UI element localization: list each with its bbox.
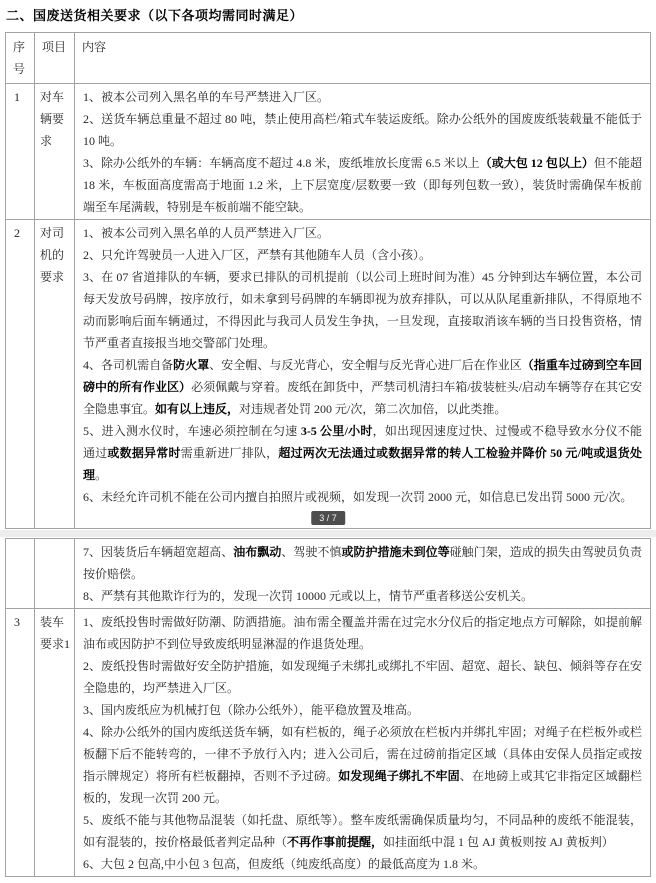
table-body-page-2: 7、因装货后车辆超宽超高、油布飘动、驾驶不慎或防护措施未到位等碰触门架，造成的损… bbox=[6, 539, 651, 877]
table-row: 2对司机的要求1、被本公司列入黑名单的人员严禁进入厂区。2、只允许驾驶员一人进入… bbox=[6, 220, 651, 529]
document-page: 二、国废送货相关要求（以下各项均需同时满足） 序号 项目 内容 1对车辆要求1、… bbox=[0, 0, 656, 883]
table-body-page-1: 1对车辆要求1、被本公司列入黑名单的车号严禁进入厂区。2、送货车辆总重量不超过 … bbox=[6, 84, 651, 529]
text-run: 2、送货车辆总重量不超过 80 吨，禁止使用高栏/箱式车装运废纸。除办公纸外的国… bbox=[83, 112, 642, 148]
cell-item: 对车辆要求 bbox=[35, 84, 75, 220]
requirement-item: 3、在 07 省道排队的车辆，要求已排队的司机提前（以公司上班时间为准）45 分… bbox=[83, 266, 642, 354]
text-run: 7、因装货后车辆超宽超高、 bbox=[83, 545, 233, 559]
text-run: 6、未经允许司机不能在公司内擅自拍照片或视频，如发现一次罚 2000 元，如信息… bbox=[83, 490, 632, 504]
cell-content: 1、废纸投售时需做好防潮、防洒措施。油布需全覆盖并需在过完水分仪后的指定地点方可… bbox=[75, 609, 651, 877]
table-row: 7、因装货后车辆超宽超高、油布飘动、驾驶不慎或防护措施未到位等碰触门架，造成的损… bbox=[6, 539, 651, 609]
requirement-item: 5、进入测水仪时，车速必须控制在匀速 3-5 公里/小时，如出现因速度过快、过慢… bbox=[83, 420, 642, 486]
cell-num bbox=[6, 539, 35, 609]
text-run: 如挂面纸中混 1 包 AJ 黄板则按 AJ 黄板判） bbox=[383, 835, 614, 849]
requirement-item: 1、被本公司列入黑名单的人员严禁进入厂区。 bbox=[83, 222, 642, 244]
text-run: 油布飘动 bbox=[233, 545, 281, 559]
text-run: 3、除办公纸外的车辆：车辆高度不超过 4.8 米，废纸堆放长度需 6.5 米以上 bbox=[83, 156, 480, 170]
requirements-table-page-1: 序号 项目 内容 1对车辆要求1、被本公司列入黑名单的车号严禁进入厂区。2、送货… bbox=[5, 32, 651, 529]
cell-num: 3 bbox=[6, 609, 35, 877]
text-run: 1、被本公司列入黑名单的人员严禁进入厂区。 bbox=[83, 226, 329, 240]
page-break-gap bbox=[0, 530, 656, 537]
table-row: 1对车辆要求1、被本公司列入黑名单的车号严禁进入厂区。2、送货车辆总重量不超过 … bbox=[6, 84, 651, 220]
requirement-item: 1、废纸投售时需做好防潮、防洒措施。油布需全覆盖并需在过完水分仪后的指定地点方可… bbox=[83, 611, 642, 655]
requirement-item: 2、送货车辆总重量不超过 80 吨，禁止使用高栏/箱式车装运废纸。除办公纸外的国… bbox=[83, 108, 642, 152]
cell-item bbox=[35, 539, 75, 609]
cell-content: 7、因装货后车辆超宽超高、油布飘动、驾驶不慎或防护措施未到位等碰触门架，造成的损… bbox=[75, 539, 651, 609]
cell-num: 2 bbox=[6, 220, 35, 529]
cell-content: 1、被本公司列入黑名单的车号严禁进入厂区。2、送货车辆总重量不超过 80 吨，禁… bbox=[75, 84, 651, 220]
requirement-item: 4、各司机需自备防火罩、安全帽、与反光背心，安全帽与反光背心进厂后在作业区（指重… bbox=[83, 354, 642, 420]
requirement-item: 1、被本公司列入黑名单的车号严禁进入厂区。 bbox=[83, 86, 642, 108]
text-run: 4、各司机需自备 bbox=[83, 358, 173, 372]
requirement-item: 4、除办公纸外的国内废纸送货车辆，如有栏板的，绳子必须放在栏板内并绑扎牢固；对绳… bbox=[83, 721, 642, 809]
text-run: 2、只允许驾驶员一人进入厂区，严禁有其他随车人员（含小孩）。 bbox=[83, 248, 431, 262]
text-run: 6、大包 2 包高,中小包 3 包高，但废纸（纯废纸高度）的最低高度为 1.8 … bbox=[83, 857, 485, 871]
cell-num: 1 bbox=[6, 84, 35, 220]
text-run: 防火罩 bbox=[173, 358, 209, 372]
requirement-item: 3、国内废纸应为机械打包（除办公纸外），能平稳放置及堆高。 bbox=[83, 699, 642, 721]
text-run: 如有以上违反， bbox=[155, 402, 239, 416]
table-row: 3装车要求11、废纸投售时需做好防潮、防洒措施。油布需全覆盖并需在过完水分仪后的… bbox=[6, 609, 651, 877]
text-run: （或大包 12 包以上） bbox=[480, 156, 594, 170]
requirement-item: 8、严禁有其他欺诈行为的，发现一次罚 10000 元或以上，情节严重者移送公安机… bbox=[83, 585, 642, 607]
cell-item: 装车要求1 bbox=[35, 609, 75, 877]
section-title: 二、国废送货相关要求（以下各项均需同时满足） bbox=[6, 5, 651, 24]
text-run: 如发现绳子绑扎不牢固 bbox=[338, 769, 460, 783]
text-run: 2、废纸投售时需做好安全防护措施，如发现绳子未绑扎或绑扎不牢固、超宽、超长、缺包… bbox=[83, 659, 642, 695]
requirement-item: 2、只允许驾驶员一人进入厂区，严禁有其他随车人员（含小孩）。 bbox=[83, 244, 642, 266]
text-run: 需重新进厂排队， bbox=[181, 446, 279, 460]
text-run: 对违规者处罚 200 元/次，第二次加倍，以此类推。 bbox=[239, 402, 506, 416]
cell-content: 1、被本公司列入黑名单的人员严禁进入厂区。2、只允许驾驶员一人进入厂区，严禁有其… bbox=[75, 220, 651, 529]
text-run: 8、严禁有其他欺诈行为的，发现一次罚 10000 元或以上，情节严重者移送公安机… bbox=[83, 589, 533, 603]
page-2: 7、因装货后车辆超宽超高、油布飘动、驾驶不慎或防护措施未到位等碰触门架，造成的损… bbox=[5, 538, 651, 877]
text-run: 。 bbox=[95, 468, 107, 482]
header-num: 序号 bbox=[6, 33, 35, 84]
requirement-item: 6、大包 2 包高,中小包 3 包高，但废纸（纯废纸高度）的最低高度为 1.8 … bbox=[83, 853, 642, 875]
text-run: 或防护措施未到位等 bbox=[341, 545, 449, 559]
text-run: 或数据异常时 bbox=[107, 446, 180, 460]
text-run: 3-5 公里/小时 bbox=[301, 424, 373, 438]
header-content: 内容 bbox=[75, 33, 651, 84]
requirement-item: 7、因装货后车辆超宽超高、油布飘动、驾驶不慎或防护措施未到位等碰触门架，造成的损… bbox=[83, 541, 642, 585]
text-run: 3、国内废纸应为机械打包（除办公纸外），能平稳放置及堆高。 bbox=[83, 703, 419, 717]
table-header-row: 序号 项目 内容 bbox=[6, 33, 651, 84]
requirement-item: 3、除办公纸外的车辆：车辆高度不超过 4.8 米，废纸堆放长度需 6.5 米以上… bbox=[83, 152, 642, 218]
requirement-item: 6、未经允许司机不能在公司内擅自拍照片或视频，如发现一次罚 2000 元，如信息… bbox=[83, 486, 642, 508]
requirement-item: 2、废纸投售时需做好安全防护措施，如发现绳子未绑扎或绑扎不牢固、超宽、超长、缺包… bbox=[83, 655, 642, 699]
page-1: 序号 项目 内容 1对车辆要求1、被本公司列入黑名单的车号严禁进入厂区。2、送货… bbox=[5, 32, 651, 529]
text-run: 、驾驶不慎 bbox=[281, 545, 341, 559]
text-run: 不再作事前提醒， bbox=[287, 835, 383, 849]
header-item: 项目 bbox=[35, 33, 75, 84]
requirements-table-page-2: 7、因装货后车辆超宽超高、油布飘动、驾驶不慎或防护措施未到位等碰触门架，造成的损… bbox=[5, 538, 651, 877]
text-run: 、安全帽、与反光背心，安全帽与反光背心进厂后在作业区 bbox=[209, 358, 522, 372]
text-run: 5、进入测水仪时，车速必须控制在匀速 bbox=[83, 424, 301, 438]
text-run: 1、废纸投售时需做好防潮、防洒措施。油布需全覆盖并需在过完水分仪后的指定地点方可… bbox=[83, 615, 642, 651]
cell-item: 对司机的要求 bbox=[35, 220, 75, 529]
page-number-badge: 3 / 7 bbox=[311, 511, 345, 525]
requirement-item: 5、废纸不能与其他物品混装（如托盘、原纸等）。整车废纸需确保质量均匀，不同品种的… bbox=[83, 809, 642, 853]
text-run: 1、被本公司列入黑名单的车号严禁进入厂区。 bbox=[83, 90, 329, 104]
text-run: 3、在 07 省道排队的车辆，要求已排队的司机提前（以公司上班时间为准）45 分… bbox=[83, 270, 642, 350]
